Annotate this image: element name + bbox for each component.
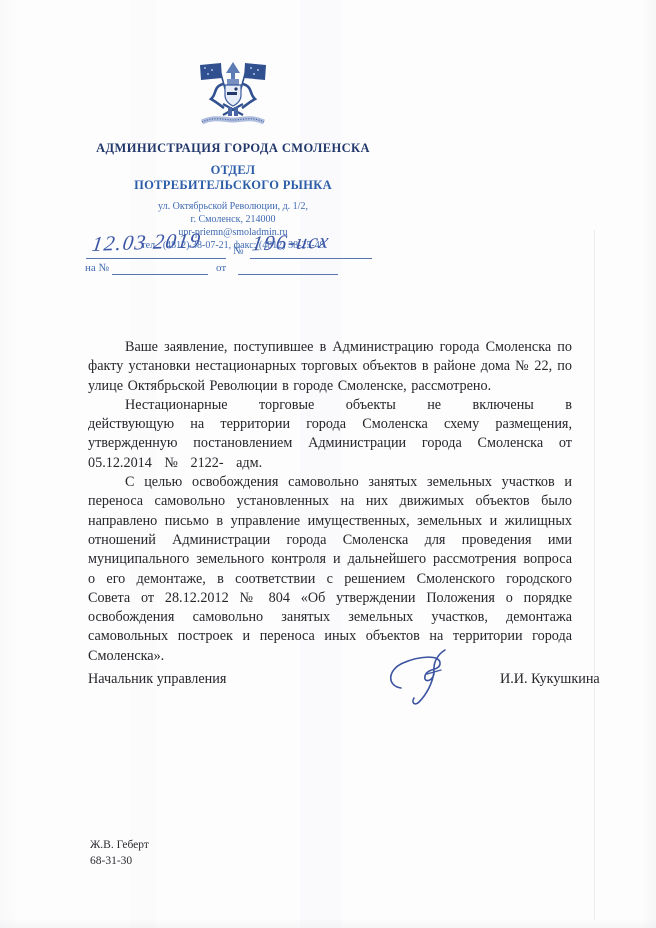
- number-underline: [250, 258, 372, 259]
- paragraph: Нестационарные торговые объекты не включ…: [88, 396, 572, 473]
- department-line2: ПОТРЕБИТЕЛЬСКОГО РЫНКА: [58, 178, 408, 193]
- reply-date-underline: [238, 274, 338, 275]
- executor-phone: 68-31-30: [90, 854, 149, 870]
- executor-name: Ж.В. Геберт: [90, 838, 149, 854]
- paragraph: Ваше заявление, поступившее в Администра…: [88, 338, 572, 396]
- reply-from-label: от: [216, 262, 226, 274]
- handwritten-signature: [383, 648, 471, 710]
- number-sign: №: [233, 245, 244, 257]
- department-line1: ОТДЕЛ: [58, 163, 408, 178]
- scanned-letter-page: АДМИНИСТРАЦИЯ ГОРОДА СМОЛЕНСКА ОТДЕЛ ПОТ…: [0, 0, 656, 928]
- smolensk-coat-of-arms-icon: [193, 60, 273, 132]
- handwritten-date: 12.03 2019: [90, 228, 203, 257]
- reply-to-prefix: на №: [85, 262, 109, 274]
- signer-position: Начальник управления: [88, 671, 226, 688]
- letterhead: АДМИНИСТРАЦИЯ ГОРОДА СМОЛЕНСКА ОТДЕЛ ПОТ…: [58, 60, 408, 252]
- date-underline: [86, 258, 226, 259]
- scan-streak: [594, 230, 595, 920]
- paragraph: С целью освобождения самовольно занятых …: [88, 473, 572, 666]
- signer-name: И.И. Кукушкина: [500, 671, 600, 688]
- reply-number-underline: [112, 274, 208, 275]
- address-street: ул. Октябрьской Революции, д. 1/2,: [58, 200, 408, 213]
- organization-name: АДМИНИСТРАЦИЯ ГОРОДА СМОЛЕНСКА: [58, 141, 408, 156]
- handwritten-outgoing-number: 196-исх: [250, 229, 331, 257]
- letter-body: Ваше заявление, поступившее в Администра…: [88, 338, 572, 666]
- executor-block: Ж.В. Геберт 68-31-30: [90, 838, 149, 869]
- address-city: г. Смоленск, 214000: [58, 213, 408, 226]
